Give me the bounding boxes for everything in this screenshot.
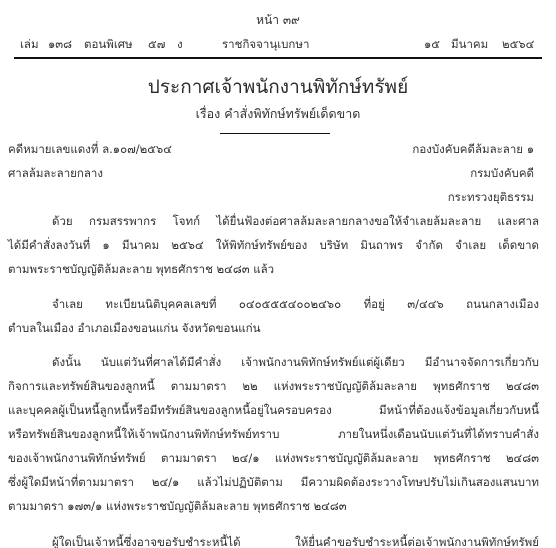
paragraph-3-line-7: ตามมาตรา ๑๗๓/๑ แห่งพระราชบัญญัติล้มละลาย… (8, 498, 347, 516)
date-month: มีนาคม (451, 36, 488, 54)
document-title: ประกาศเจ้าพนักงานพิทักษ์ทรัพย์ (0, 72, 556, 102)
document-subtitle: เรื่อง คำสั่งพิทักษ์ทรัพย์เด็ดขาด (0, 104, 556, 124)
court-name: ศาลล้มละลายกลาง (8, 165, 103, 183)
volume-number: ๑๓๘ (48, 36, 72, 54)
paragraph-3-line-6: ซึ่งผู้ใดมีหน้าที่ตามมาตรา ๒๔/๑ แล้วไม่ป… (8, 474, 539, 492)
paragraph-3-line-2: กิจการและทรัพย์สินของลูกหนี้ ตามมาตรา ๒๒… (8, 378, 539, 396)
paragraph-3-line-3: และบุคคลผู้เป็นหนี้ลูกหนี้หรือมีทรัพย์สิ… (8, 402, 539, 420)
header-divider (14, 57, 542, 59)
paragraph-4-line-1: ผู้ใดเป็นเจ้าหนี้ซึ่งอาจขอรับชำระหนี้ได้… (52, 534, 539, 548)
section-letter: ง (177, 36, 183, 54)
section-number: ๕๗ (148, 36, 165, 54)
page-number: หน้า ๓๙ (0, 11, 556, 30)
title-underline (220, 133, 330, 134)
paragraph-2-line-1: จำเลย ทะเบียนนิติบุคคลเลขที่ ๐๔๐๕๕๕๔๐๐๒๔… (52, 296, 539, 314)
paragraph-2-line-2: ตำบลในเมือง อำเภอเมืองขอนแก่น จังหวัดขอน… (8, 320, 261, 338)
paragraph-3-line-4: หรือทรัพย์สินของลูกหนี้ให้เจ้าพนักงานพิท… (8, 426, 539, 444)
paragraph-3-line-5: ของเจ้าพนักงานพิทักษ์ทรัพย์ ตามมาตรา ๒๔/… (8, 450, 539, 468)
office-line-1: กองบังคับคดีล้มละลาย ๑ (412, 141, 534, 159)
office-line-2: กรมบังคับคดี (470, 165, 534, 183)
section-label: ตอนพิเศษ (84, 36, 133, 54)
volume-label: เล่ม (20, 36, 39, 54)
publication-name: ราชกิจจานุเบกษา (222, 36, 309, 54)
date-day: ๑๕ (424, 36, 440, 54)
date-year: ๒๕๖๔ (502, 36, 534, 54)
paragraph-3-line-1: ดังนั้น นับแต่วันที่ศาลได้มีคำสั่ง เจ้าพ… (52, 354, 539, 372)
paragraph-1-line-3: ตามพระราชบัญญัติล้มละลาย พุทธศักราช ๒๔๘๓… (8, 261, 274, 279)
paragraph-1-line-1: ด้วย กรมสรรพากร โจทก์ ได้ยื่นฟ้องต่อศาลล… (52, 213, 539, 231)
paragraph-1-line-2: ได้มีคำสั่งลงวันที่ ๑ มีนาคม ๒๕๖๔ ให้พิท… (8, 237, 539, 255)
case-number: คดีหมายเลขแดงที่ ล.๑๐๗/๒๕๖๔ (8, 141, 172, 159)
office-line-3: กระทรวงยุติธรรม (448, 189, 534, 207)
